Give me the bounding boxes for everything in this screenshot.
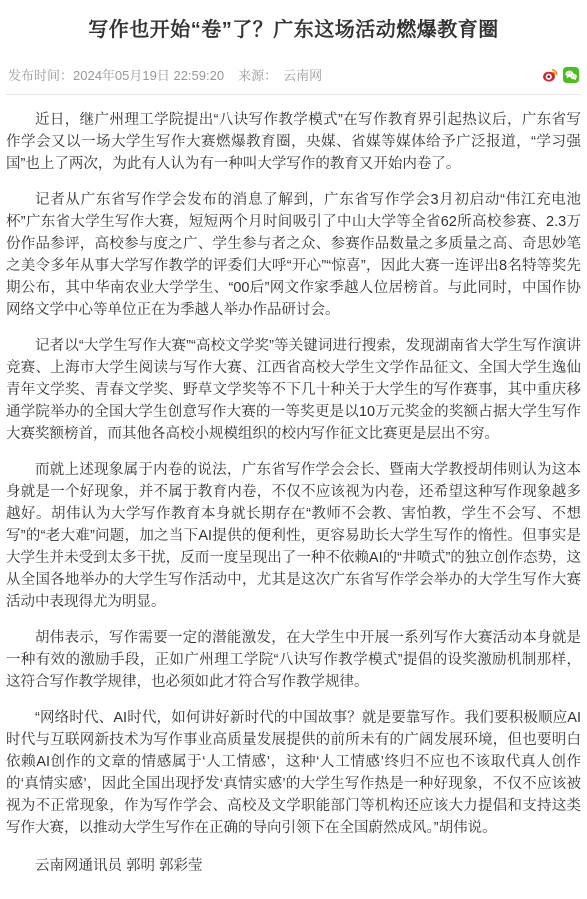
article-paragraph: 胡伟表示，写作需要一定的潜能激发，在大学生中开展一系列写作大赛活动本身就是一种有… xyxy=(6,627,581,693)
article-paragraph: 而就上述现象属于内卷的说法，广东省写作学会会长、暨南大学教授胡伟则认为这本身就是… xyxy=(6,459,581,613)
share-buttons xyxy=(542,67,579,83)
article-paragraph: 近日，继广州理工学院提出“八诀写作教学模式”在写作教育界引起热议后，广东省写作学… xyxy=(6,109,581,175)
source-link[interactable]: 云南网 xyxy=(283,68,322,83)
weibo-share-icon[interactable] xyxy=(542,67,558,83)
article-paragraph: 记者从广东省写作学会发布的消息了解到，广东省写作学会3月初启动“伟江充电池杯”广… xyxy=(6,189,581,321)
article-paragraph: “网络时代、AI时代，如何讲好新时代的中国故事？就是要靠写作。我们要积极顺应AI… xyxy=(6,707,581,839)
source-label: 来源： xyxy=(238,68,277,83)
wechat-share-icon[interactable] xyxy=(563,67,579,83)
article-meta: 发布时间：2024年05月19日 22:59:20来源：云南网 xyxy=(8,65,322,84)
article-page: 写作也开始“卷”了？广东这场活动燃爆教育圈 发布时间：2024年05月19日 2… xyxy=(0,0,587,899)
article-byline: 云南网通讯员 郭明 郭彩莹 xyxy=(6,855,581,877)
publish-time-label: 发布时间： xyxy=(8,68,73,83)
publish-time-value: 2024年05月19日 22:59:20 xyxy=(73,68,224,83)
article-title: 写作也开始“卷”了？广东这场活动燃爆教育圈 xyxy=(35,16,552,45)
article-paragraph: 记者以“大学生写作大赛”“高校文学奖”等关键词进行搜索，发现湖南省大学生写作演讲… xyxy=(6,335,581,445)
meta-divider xyxy=(6,94,581,95)
article-meta-row: 发布时间：2024年05月19日 22:59:20来源：云南网 xyxy=(5,61,582,94)
